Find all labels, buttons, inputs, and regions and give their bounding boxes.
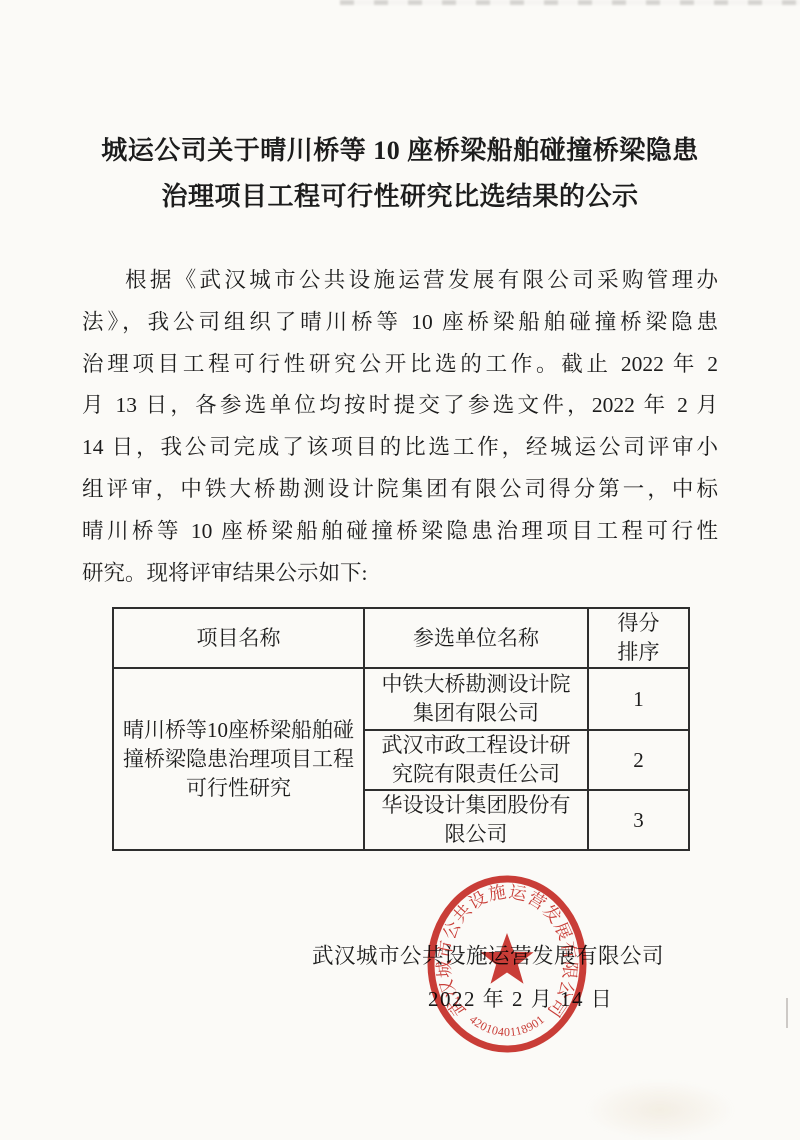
- body-line: 治理项目工程可行性研究公开比选的工作。截止 2022 年 2: [82, 344, 718, 386]
- document-page: 城运公司关于晴川桥等 10 座桥梁船舶碰撞桥梁隐患 治理项目工程可行性研究比选结…: [0, 0, 800, 1140]
- header-unit-name: 参选单位名称: [364, 608, 588, 668]
- body-line: 晴川桥等 10 座桥梁船舶碰撞桥梁隐患治理项目工程可行性: [82, 511, 718, 553]
- body-line: 月 13 日，各参选单位均按时提交了参选文件，2022 年 2 月: [82, 385, 718, 427]
- result-table: 项目名称 参选单位名称 得分 排序 晴川桥等10座桥梁船舶碰 撞桥梁隐患治理项目…: [112, 607, 690, 851]
- rank-cell: 2: [588, 730, 689, 790]
- document-title-line2: 治理项目工程可行性研究比选结果的公示: [0, 176, 800, 213]
- body-line: 根据《武汉城市公共设施运营发展有限公司采购管理办: [82, 260, 718, 302]
- unit-cell: 中铁大桥勘测设计院 集团有限公司: [364, 668, 588, 730]
- header-project-name: 项目名称: [113, 608, 364, 668]
- body-line: 14 日，我公司完成了该项目的比选工作，经城运公司评审小: [82, 427, 718, 469]
- rank-cell: 1: [588, 668, 689, 730]
- body-line: 法》，我公司组织了晴川桥等 10 座桥梁船舶碰撞桥梁隐患: [82, 302, 718, 344]
- document-title-line1: 城运公司关于晴川桥等 10 座桥梁船舶碰撞桥梁隐患: [0, 130, 800, 167]
- project-name-cell: 晴川桥等10座桥梁船舶碰 撞桥梁隐患治理项目工程 可行性研究: [113, 668, 364, 850]
- scan-artifact-right-edge: [786, 998, 788, 1028]
- unit-cell: 武汉市政工程设计研 究院有限责任公司: [364, 730, 588, 790]
- header-score-rank: 得分 排序: [588, 608, 689, 668]
- scan-artifact-smudge: [585, 1080, 735, 1140]
- company-seal-stamp: 武汉城市公共设施运营发展有限公司 4201040118901: [417, 864, 597, 1064]
- stamp-star-icon: [480, 933, 533, 984]
- table-row: 晴川桥等10座桥梁船舶碰 撞桥梁隐患治理项目工程 可行性研究 中铁大桥勘测设计院…: [113, 668, 689, 730]
- body-paragraph: 根据《武汉城市公共设施运营发展有限公司采购管理办 法》，我公司组织了晴川桥等 1…: [82, 260, 718, 594]
- rank-cell: 3: [588, 790, 689, 850]
- body-line: 研究。现将评审结果公示如下:: [82, 553, 718, 595]
- body-line: 组评审，中铁大桥勘测设计院集团有限公司得分第一，中标: [82, 469, 718, 511]
- table-header-row: 项目名称 参选单位名称 得分 排序: [113, 608, 689, 668]
- unit-cell: 华设设计集团股份有 限公司: [364, 790, 588, 850]
- stamp-number: 4201040118901: [467, 1012, 547, 1039]
- scan-artifact-top-edge: [340, 0, 800, 5]
